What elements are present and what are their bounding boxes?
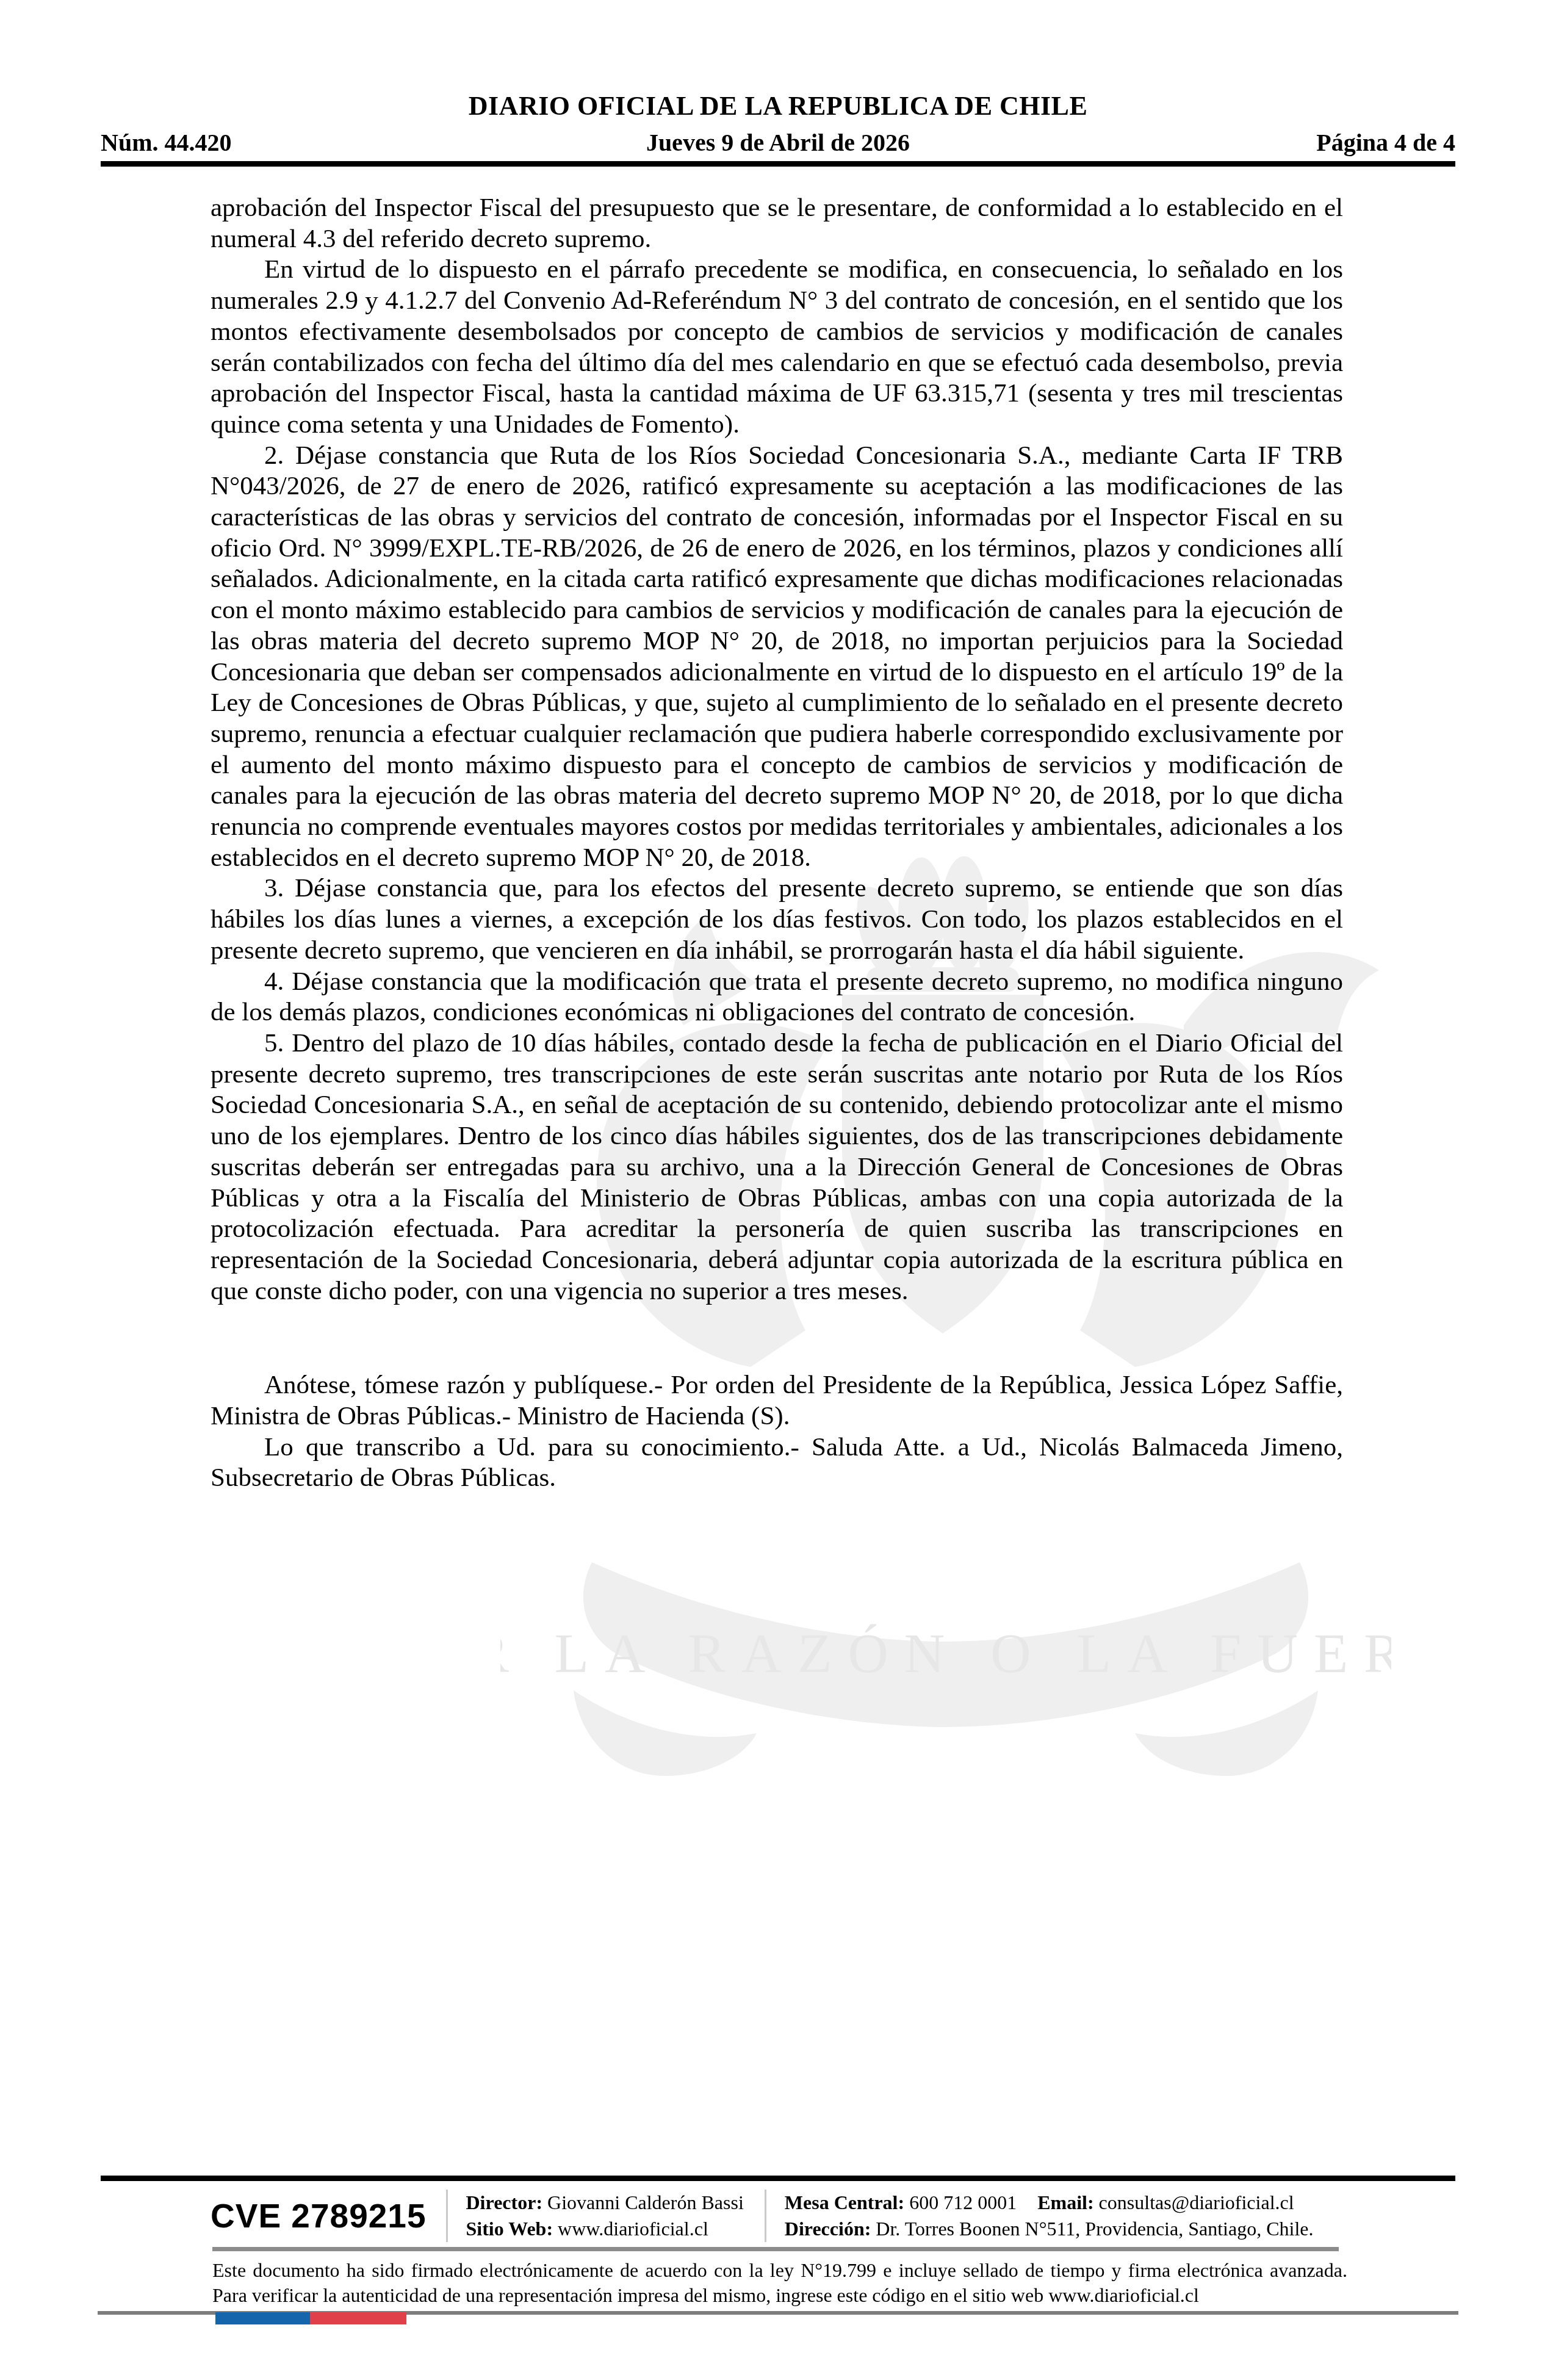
- signature-paragraph: Lo que transcribo a Ud. para su conocimi…: [211, 1432, 1343, 1494]
- website-line: Sitio Web: www.diarioficial.cl: [466, 2216, 744, 2242]
- website-label: Sitio Web:: [466, 2218, 553, 2240]
- chile-flag-bar: [215, 2312, 406, 2324]
- email-label: Email:: [1037, 2191, 1093, 2213]
- director-value: Giovanni Calderón Bassi: [547, 2191, 744, 2213]
- flag-red: [310, 2312, 406, 2324]
- masthead-title: DIARIO OFICIAL DE LA REPUBLICA DE CHILE: [0, 90, 1556, 121]
- director-label: Director:: [466, 2191, 543, 2213]
- signature-block: Anótese, tómese razón y publíquese.- Por…: [211, 1370, 1343, 1494]
- footer-info-bar: CVE 2789215 Director: Giovanni Calderón …: [211, 2190, 1358, 2242]
- body-paragraph: 5. Dentro del plazo de 10 días hábiles, …: [211, 1028, 1343, 1307]
- address-value: Dr. Torres Boonen N°511, Providencia, Sa…: [876, 2218, 1313, 2240]
- email-value: consultas@diarioficial.cl: [1099, 2191, 1294, 2213]
- body-paragraph: En virtud de lo dispuesto en el párrafo …: [211, 254, 1343, 440]
- footer-mid-rule: [212, 2247, 1339, 2251]
- body-paragraph: 2. Déjase constancia que Ruta de los Río…: [211, 441, 1343, 874]
- address-label: Dirección:: [785, 2218, 871, 2240]
- director-line: Director: Giovanni Calderón Bassi: [466, 2190, 744, 2216]
- masthead-row: Núm. 44.420 Jueves 9 de Abril de 2026 Pá…: [101, 128, 1455, 157]
- cve-code: CVE 2789215: [211, 2196, 446, 2235]
- footer-director-column: Director: Giovanni Calderón Bassi Sitio …: [446, 2190, 765, 2242]
- signature-paragraph: Anótese, tómese razón y publíquese.- Por…: [211, 1370, 1343, 1432]
- issue-date: Jueves 9 de Abril de 2026: [552, 128, 1004, 157]
- legal-notice: Este documento ha sido firmado electróni…: [212, 2258, 1347, 2308]
- gazette-page: DIARIO OFICIAL DE LA REPUBLICA DE CHILE …: [0, 0, 1556, 2380]
- body-paragraph: aprobación del Inspector Fiscal del pres…: [211, 193, 1343, 254]
- footer-top-rule: [101, 2176, 1455, 2181]
- page-indicator: Página 4 de 4: [1004, 128, 1455, 157]
- mesa-central-label: Mesa Central:: [785, 2191, 904, 2213]
- header-rule: [101, 161, 1455, 167]
- body-paragraph: 3. Déjase constancia que, para los efect…: [211, 873, 1343, 966]
- flag-blue: [215, 2312, 310, 2324]
- address-line: Dirección: Dr. Torres Boonen N°511, Prov…: [785, 2216, 1314, 2242]
- body-paragraph: 4. Déjase constancia que la modificación…: [211, 967, 1343, 1028]
- footer-contact-column: Mesa Central: 600 712 0001Email: consult…: [765, 2190, 1334, 2242]
- watermark-motto: POR LA RAZÓN O LA FUERZA: [500, 1622, 1391, 1684]
- website-value: www.diarioficial.cl: [558, 2218, 708, 2240]
- mesa-central-value: 600 712 0001: [909, 2191, 1017, 2213]
- decree-text: aprobación del Inspector Fiscal del pres…: [211, 193, 1343, 1494]
- phone-email-line: Mesa Central: 600 712 0001Email: consult…: [785, 2190, 1314, 2216]
- issue-number: Núm. 44.420: [101, 128, 552, 157]
